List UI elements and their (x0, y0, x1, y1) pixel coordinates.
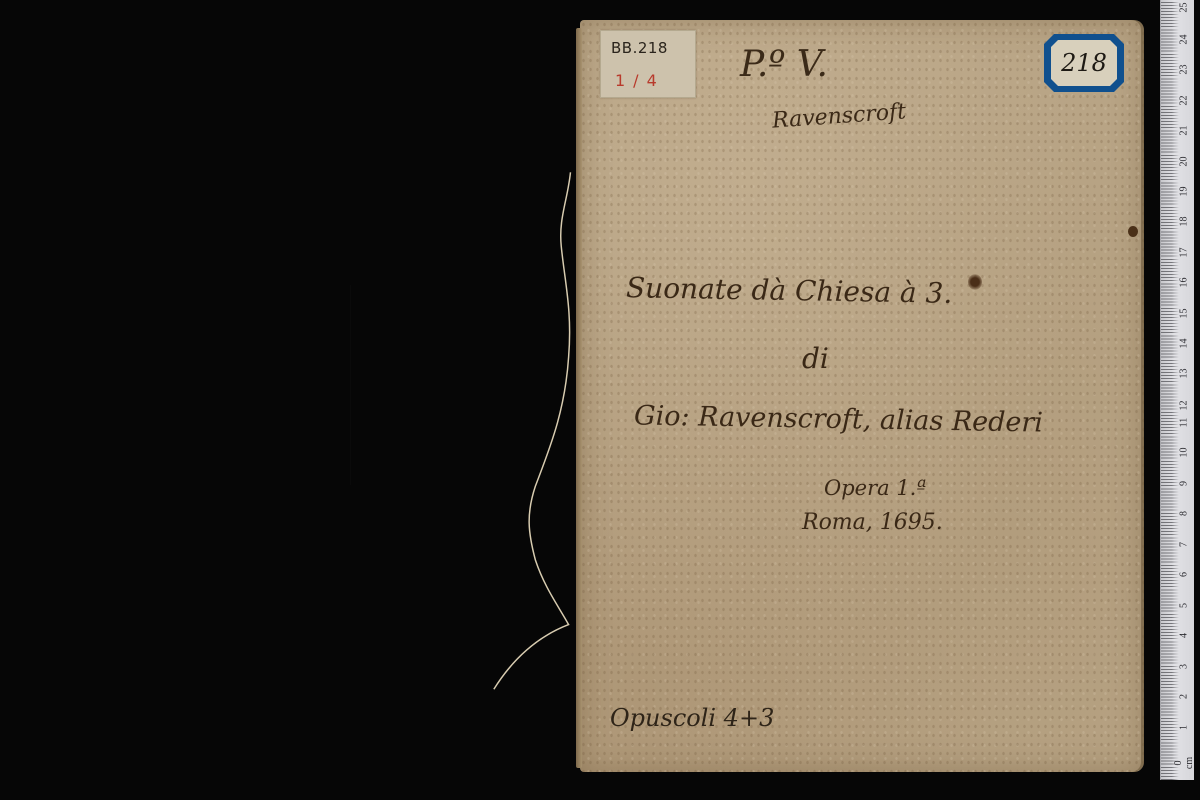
ruler-label: 13 (1179, 367, 1190, 381)
shelf-mark-volume: 1/4 (615, 71, 665, 90)
stain-spot (1128, 226, 1138, 237)
shelf-mark-code: BB.218 (611, 39, 668, 57)
ruler-label: 12 (1179, 399, 1190, 413)
ink-blot (968, 274, 982, 290)
ruler-label: 25 (1179, 1, 1190, 15)
ruler-label: 23 (1179, 63, 1190, 77)
handwritten-catalog-note: Opuscoli 4+3 (610, 704, 774, 732)
ruler-label: 6 (1179, 568, 1190, 582)
ruler-label: 10 (1179, 446, 1190, 460)
handwritten-place-date: Roma, 1695. (802, 510, 943, 535)
ruler-label: 16 (1179, 276, 1190, 290)
ruler-label: 17 (1179, 246, 1190, 260)
ruler-label: 5 (1179, 599, 1190, 613)
handwritten-mark: P.º V. (740, 44, 828, 85)
ruler-label: 0 cm (1173, 756, 1195, 770)
cover-spine-edge (576, 28, 582, 768)
ruler-label: 18 (1179, 215, 1190, 229)
ruler-ticks (1161, 0, 1179, 780)
ruler-label: 8 (1179, 507, 1190, 521)
handwritten-title: Suonate dà Chiesa à 3. (626, 271, 953, 310)
ruler-label: 19 (1179, 185, 1190, 199)
ruler-label: 24 (1179, 33, 1190, 47)
shelf-mark-label: BB.218 1/4 (600, 30, 696, 98)
ruler-label: 7 (1179, 538, 1190, 552)
handwritten-author: Gio: Ravenscroft, alias Rederi (634, 400, 1043, 438)
inventory-number-label: 218 (1044, 34, 1124, 92)
ruler-label: 22 (1179, 94, 1190, 108)
ruler-label: 1 (1179, 721, 1190, 735)
manuscript-cover: BB.218 1/4 218 P.º V. Ravenscroft Suonat… (580, 20, 1144, 772)
ruler-label: 15 (1179, 307, 1190, 321)
inventory-number: 218 (1051, 40, 1117, 86)
ruler-label: 4 (1179, 629, 1190, 643)
measurement-ruler: 0 cm 1 2 3 4 5 6 7 8 9 10 11 12 13 14 15… (1160, 0, 1194, 780)
ruler-label: 3 (1179, 660, 1190, 674)
ruler-label: 21 (1179, 124, 1190, 138)
ruler-label: 14 (1179, 337, 1190, 351)
handwritten-by: di (802, 342, 829, 375)
scan-viewport: BB.218 1/4 218 P.º V. Ravenscroft Suonat… (0, 0, 1200, 800)
ruler-label: 20 (1179, 155, 1190, 169)
ruler-label: 11 (1179, 416, 1190, 430)
ruler-label: 2 (1179, 690, 1190, 704)
handwritten-composer-short: Ravenscroft (771, 99, 907, 133)
ruler-label: 9 (1179, 477, 1190, 491)
handwritten-opus: Opera 1.ª (824, 476, 926, 500)
